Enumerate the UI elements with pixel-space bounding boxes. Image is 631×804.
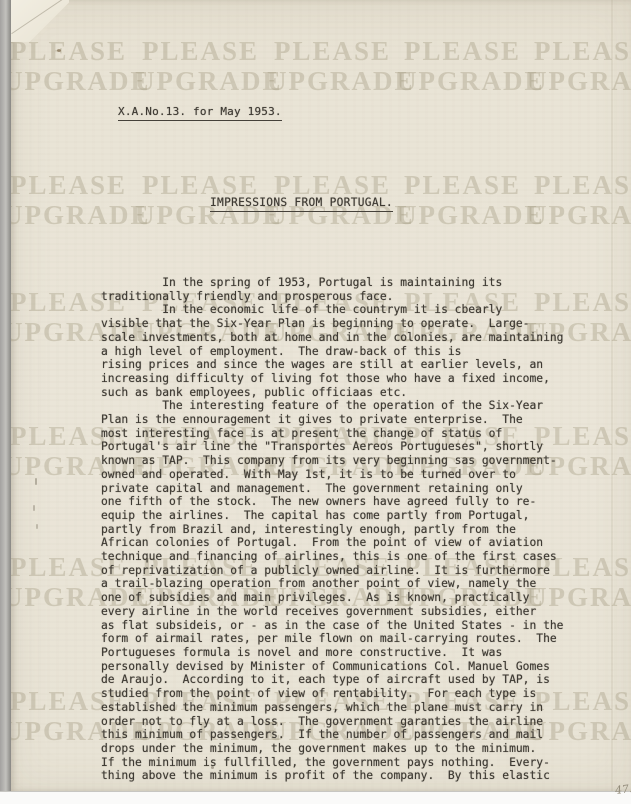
watermark-tile: PLEASEUPGRADE (527, 36, 631, 96)
paper-speck (33, 505, 35, 511)
paper-speck (211, 766, 214, 769)
paper-speck (36, 524, 38, 529)
watermark-tile: PLEASEUPGRADE (397, 36, 545, 96)
paper-speck (35, 478, 37, 485)
watermark-tile: PLEASEUPGRADE (135, 36, 283, 96)
body-text: In the spring of 1953, Portugal is maint… (101, 276, 564, 783)
document-reference-header: X.A.No.13. for May 1953. (118, 105, 282, 121)
watermark-tile: PLEASEUPGRADE (397, 170, 545, 230)
scanned-document: PLEASEUPGRADEPLEASEUPGRADEPLEASEUPGRADEP… (0, 0, 631, 804)
document-page: PLEASEUPGRADEPLEASEUPGRADEPLEASEUPGRADEP… (11, 0, 631, 791)
paper-speck (57, 49, 61, 52)
paper-crease (611, 0, 613, 791)
scan-bottom-edge (0, 791, 631, 804)
watermark-tile: PLEASEUPGRADE (267, 36, 415, 96)
folded-corner (11, 0, 69, 42)
watermark-tile: PLEASEUPGRADE (11, 170, 151, 230)
page-number: 47. (614, 782, 631, 797)
watermark-tile: PLEASEUPGRADE (11, 36, 151, 96)
watermark-tile: PLEASEUPGRADE (527, 170, 631, 230)
document-title: IMPRESSIONS FROM PORTUGAL. (210, 196, 393, 212)
